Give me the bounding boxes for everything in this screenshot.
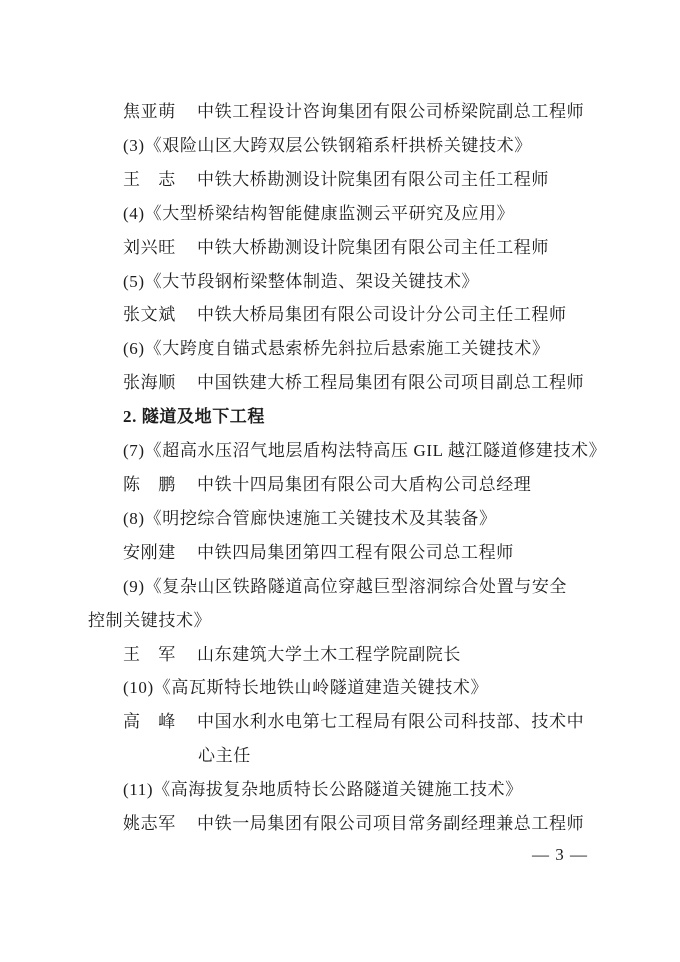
person-line: 姚志军中铁一局集团有限公司项目常务副经理兼总工程师 [88, 807, 593, 841]
person-line: 张文斌中铁大桥局集团有限公司设计分公司主任工程师 [88, 298, 593, 332]
person-position: 中铁大桥勘测设计院集团有限公司主任工程师 [197, 238, 549, 257]
achievement-title: (11)《高海拔复杂地质特长公路隧道关键施工技术》 [88, 773, 593, 807]
person-position: 中铁四局集团第四工程有限公司总工程师 [197, 543, 514, 562]
person-name: 焦亚萌 [123, 95, 176, 129]
person-position: 中铁一局集团有限公司项目常务副经理兼总工程师 [197, 814, 584, 833]
achievement-title: (10)《高瓦斯特长地铁山岭隧道建造关键技术》 [88, 671, 593, 705]
achievement-title: (8)《明挖综合管廊快速施工关键技术及其装备》 [88, 502, 593, 536]
person-name: 张文斌 [123, 298, 176, 332]
person-line: 安刚建中铁四局集团第四工程有限公司总工程师 [88, 536, 593, 570]
person-line: 刘兴旺中铁大桥勘测设计院集团有限公司主任工程师 [88, 231, 593, 265]
person-name: 王 志 [123, 163, 176, 197]
section-heading: 2. 隧道及地下工程 [88, 400, 593, 434]
person-line: 王 军山东建筑大学土木工程学院副院长 [88, 638, 593, 672]
achievement-title: (9)《复杂山区铁路隧道高位穿越巨型溶洞综合处置与安全 [88, 570, 593, 604]
person-name: 刘兴旺 [123, 231, 176, 265]
person-name: 陈 鹏 [123, 468, 176, 502]
achievement-title: (7)《超高水压沼气地层盾构法特高压 GIL 越江隧道修建技术》 [88, 434, 593, 468]
person-name: 姚志军 [123, 807, 176, 841]
page-number: — 3 — [532, 845, 588, 865]
person-name: 张海顺 [123, 366, 176, 400]
person-name: 高 峰 [123, 705, 176, 739]
document-body: 焦亚萌中铁工程设计咨询集团有限公司桥梁院副总工程师(3)《艰险山区大跨双层公铁钢… [88, 95, 593, 841]
person-position: 中国铁建大桥工程局集团有限公司项目副总工程师 [197, 373, 584, 392]
person-line: 焦亚萌中铁工程设计咨询集团有限公司桥梁院副总工程师 [88, 95, 593, 129]
person-position: 中铁大桥局集团有限公司设计分公司主任工程师 [197, 305, 567, 324]
person-line: 陈 鹏中铁十四局集团有限公司大盾构公司总经理 [88, 468, 593, 502]
person-line: 张海顺中国铁建大桥工程局集团有限公司项目副总工程师 [88, 366, 593, 400]
person-name: 王 军 [123, 638, 176, 672]
achievement-title: (5)《大节段钢桁梁整体制造、架设关键技术》 [88, 265, 593, 299]
position-continuation: 心主任 [88, 739, 593, 773]
person-name: 安刚建 [123, 536, 176, 570]
achievement-title: (4)《大型桥梁结构智能健康监测云平研究及应用》 [88, 197, 593, 231]
person-position: 中国水利水电第七工程局有限公司科技部、技术中 [197, 712, 584, 731]
person-position: 中铁工程设计咨询集团有限公司桥梁院副总工程师 [197, 102, 584, 121]
person-position: 中铁十四局集团有限公司大盾构公司总经理 [197, 475, 531, 494]
achievement-title: (6)《大跨度自锚式悬索桥先斜拉后悬索施工关键技术》 [88, 332, 593, 366]
title-continuation: 控制关键技术》 [88, 604, 593, 638]
person-line: 高 峰中国水利水电第七工程局有限公司科技部、技术中 [88, 705, 593, 739]
document-page: 焦亚萌中铁工程设计咨询集团有限公司桥梁院副总工程师(3)《艰险山区大跨双层公铁钢… [0, 0, 680, 962]
person-position: 中铁大桥勘测设计院集团有限公司主任工程师 [197, 170, 549, 189]
person-line: 王 志中铁大桥勘测设计院集团有限公司主任工程师 [88, 163, 593, 197]
achievement-title: (3)《艰险山区大跨双层公铁钢箱系杆拱桥关键技术》 [88, 129, 593, 163]
person-position: 山东建筑大学土木工程学院副院长 [197, 645, 461, 664]
